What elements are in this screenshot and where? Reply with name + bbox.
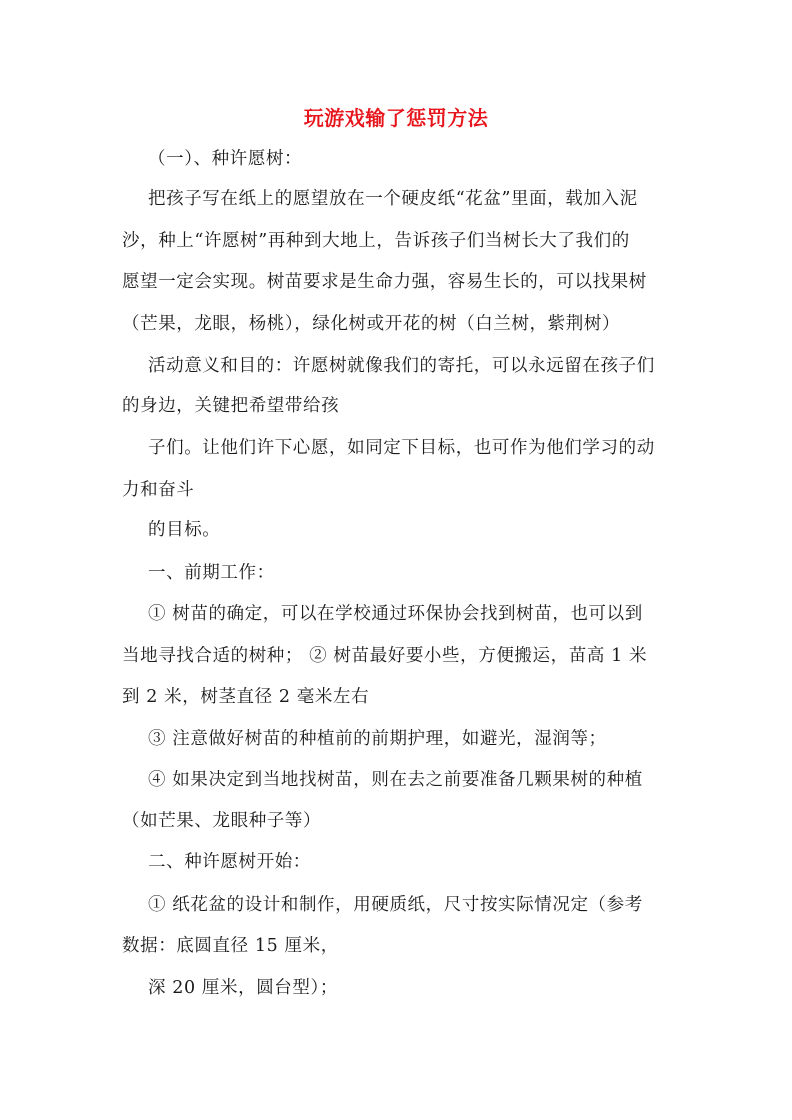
paragraph-line: 沙，种上“许愿树”再种到大地上，告诉孩子们当树长大了我们的 [122,229,630,253]
list-item: ① 树苗的确定，可以在学校通过环保协会找到树苗，也可以到 [148,602,643,626]
paragraph-line: 力和奋斗 [122,478,194,502]
list-item: 数据：底圆直径 15 厘米， [122,934,339,958]
paragraph-line: （芒果，龙眼，杨桃），绿化树或开花的树（白兰树，紫荆树） [122,312,620,336]
paragraph-line: 愿望一定会实现。树苗要求是生命力强，容易生长的，可以找果树 [122,270,647,294]
list-item: 到 2 米，树茎直径 2 毫米左右 [122,685,369,709]
section-heading: （一）、种许愿树： [148,147,302,171]
list-item: ① 纸花盆的设计和制作，用硬质纸，尺寸按实际情况定（参考 [148,893,643,917]
document-title: 玩游戏输了惩罚方法 [0,104,792,132]
list-item: ③ 注意做好树苗的种植前的前期护理，如避光，湿润等； [148,727,607,751]
section-heading: 一、前期工作： [148,561,275,585]
list-item: 当地寻找合适的树种； ② 树苗最好要小些，方便搬运，苗高 1 米 [122,644,647,668]
paragraph-line: 子们。让他们许下心愿，如同定下目标，也可作为他们学习的动 [148,436,655,460]
section-heading: 二、种许愿树开始： [148,850,311,874]
paragraph-line: 把孩子写在纸上的愿望放在一个硬皮纸“花盆”里面，载加入泥 [148,187,638,211]
document-page: 玩游戏输了惩罚方法 （一）、种许愿树： 把孩子写在纸上的愿望放在一个硬皮纸“花盆… [0,0,792,1120]
paragraph-line: 的目标。 [148,518,220,542]
list-item: （如芒果、龙眼种子等） [122,809,321,833]
paragraph-line: 活动意义和目的：许愿树就像我们的寄托，可以永远留在孩子们 [148,354,655,378]
list-item: 深 20 厘米，圆台型）； [148,976,338,1000]
list-item: ④ 如果决定到当地找树苗，则在去之前要准备几颗果树的种植 [148,768,643,792]
paragraph-line: 的身边，关键把希望带给孩 [122,394,339,418]
